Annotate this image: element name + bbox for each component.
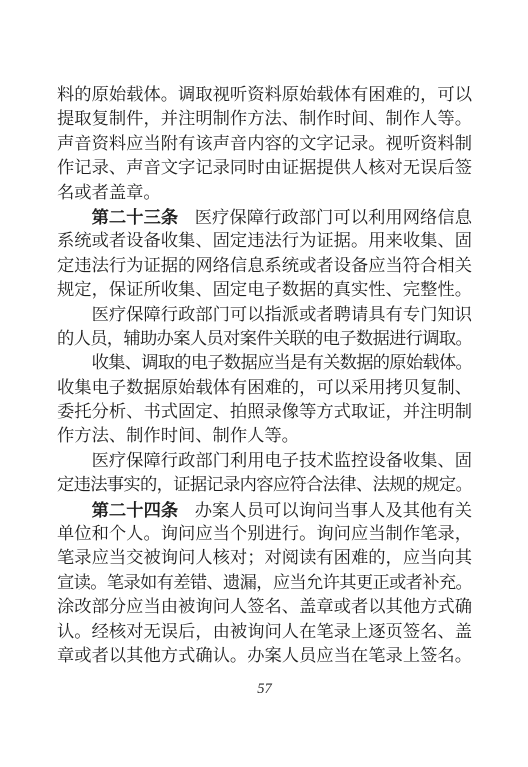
- text-line: 宣读。笔录如有差错、遗漏，应当允许其更正或者补充。: [57, 571, 472, 595]
- article-23-lead-text: 医疗保障行政部门可以利用网络信息: [195, 208, 472, 227]
- article-24-lead-text: 办案人员可以询问当事人及其他有关: [195, 501, 472, 520]
- page-number: 57: [57, 681, 472, 698]
- text-line: 作方法、制作时间、制作人等。: [57, 424, 472, 448]
- text-line: 章或者以其他方式确认。办案人员应当在笔录上签名。: [57, 644, 472, 668]
- text-line: 委托分析、书式固定、拍照录像等方式取证，并注明制: [57, 400, 472, 424]
- article-23-number: 第二十三条: [92, 207, 179, 227]
- text-line: 单位和个人。询问应当个别进行。询问应当制作笔录，: [57, 522, 472, 546]
- text-line: 收集、调取的电子数据应当是有关数据的原始载体。: [57, 351, 472, 375]
- text-line: 收集电子数据原始载体有困难的，可以采用拷贝复制、: [57, 376, 472, 400]
- text-line: 笔录应当交被询问人核对；对阅读有困难的，应当向其: [57, 546, 472, 570]
- text-line: 认。经核对无误后，由被询问人在笔录上逐页签名、盖: [57, 620, 472, 644]
- text-line: 定违法事实的，证据记录内容应符合法律、法规的规定。: [57, 473, 472, 497]
- text-line: 医疗保障行政部门利用电子技术监控设备收集、固: [57, 449, 472, 473]
- text-line: 涂改部分应当由被询问人签名、盖章或者以其他方式确: [57, 595, 472, 619]
- article-24-number: 第二十四条: [92, 500, 179, 520]
- text-line: 声音资料应当附有该声音内容的文字记录。视听资料制: [57, 132, 472, 156]
- text-line: 规定，保证所收集、固定电子数据的真实性、完整性。: [57, 278, 472, 302]
- text-line: 医疗保障行政部门可以指派或者聘请具有专门知识: [57, 303, 472, 327]
- article-23-heading-line: 第二十三条医疗保障行政部门可以利用网络信息: [57, 205, 472, 229]
- text-line: 名或者盖章。: [57, 181, 472, 205]
- article-24-heading-line: 第二十四条办案人员可以询问当事人及其他有关: [57, 498, 472, 522]
- text-line: 的人员，辅助办案人员对案件关联的电子数据进行调取。: [57, 327, 472, 351]
- text-line: 系统或者设备收集、固定违法行为证据。用来收集、固: [57, 229, 472, 253]
- text-line: 料的原始载体。调取视听资料原始载体有困难的，可以: [57, 83, 472, 107]
- text-line: 作记录、声音文字记录同时由证据提供人核对无误后签: [57, 156, 472, 180]
- text-line: 定违法行为证据的网络信息系统或者设备应当符合相关: [57, 254, 472, 278]
- text-line: 提取复制件，并注明制作方法、制作时间、制作人等。: [57, 107, 472, 131]
- document-page: 料的原始载体。调取视听资料原始载体有困难的，可以 提取复制件，并注明制作方法、制…: [0, 0, 528, 767]
- document-body: 料的原始载体。调取视听资料原始载体有困难的，可以 提取复制件，并注明制作方法、制…: [57, 83, 472, 668]
